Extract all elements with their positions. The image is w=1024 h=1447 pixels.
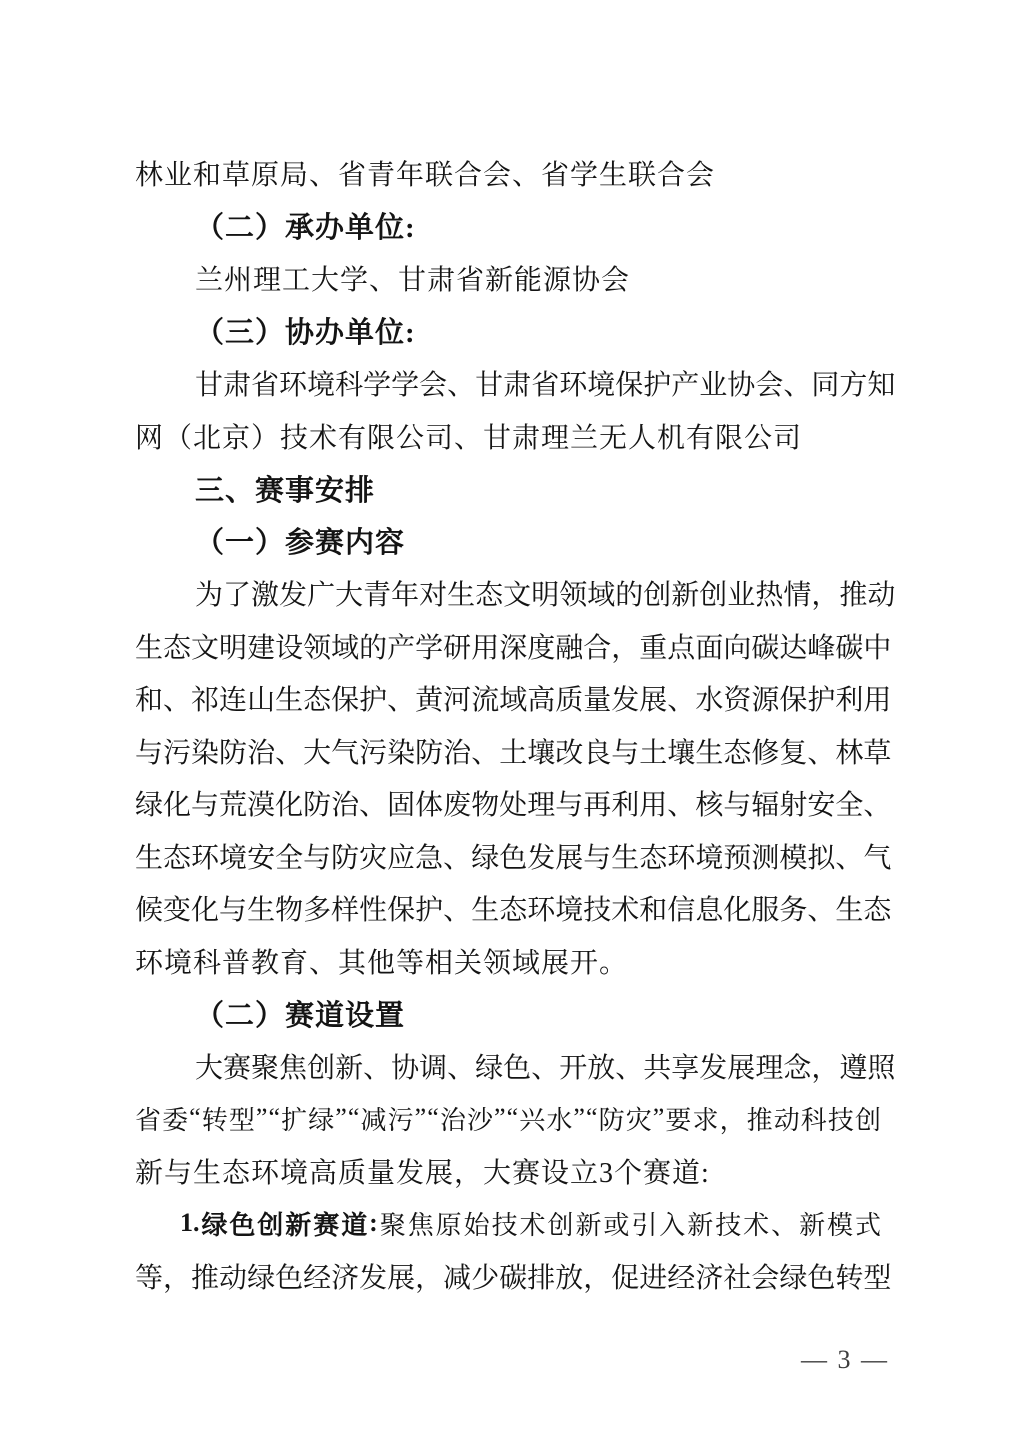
text-line: 新与生态环境高质量发展，大赛设立3个赛道:: [135, 1145, 881, 1198]
text-line: 省委“转型”“扩绿”“减污”“治沙”“兴水”“防灾”要求，推动科技创: [135, 1092, 881, 1145]
text-line: 生态文明建设领域的产学研用深度融合，重点面向碳达峰碳中: [135, 620, 881, 673]
text-line: 兰州理工大学、甘肃省新能源协会: [135, 252, 881, 305]
document-text: 林业和草原局、省青年联合会、省学生联合会（二）承办单位:兰州理工大学、甘肃省新能…: [135, 147, 881, 1302]
text-line: 为了激发广大青年对生态文明领域的创新创业热情，推动: [135, 567, 881, 620]
text-line: （二）承办单位:: [135, 200, 881, 253]
text-line: （二）赛道设置: [135, 987, 881, 1040]
text-line: 和、祁连山生态保护、黄河流域高质量发展、水资源保护利用: [135, 672, 881, 725]
text-line: （三）协办单位:: [135, 305, 881, 358]
text-line: 等，推动绿色经济发展，减少碳排放，促进经济社会绿色转型: [135, 1250, 881, 1303]
document-page: 林业和草原局、省青年联合会、省学生联合会（二）承办单位:兰州理工大学、甘肃省新能…: [0, 0, 1024, 1447]
text-line: 1.绿色创新赛道:聚焦原始技术创新或引入新技术、新模式: [135, 1197, 881, 1250]
text-line: 绿化与荒漠化防治、固体废物处理与再利用、核与辐射安全、: [135, 777, 881, 830]
text-line: 环境科普教育、其他等相关领域展开。: [135, 935, 881, 988]
text-line: 与污染防治、大气污染防治、土壤改良与土壤生态修复、林草: [135, 725, 881, 778]
text-line: 网（北京）技术有限公司、甘肃理兰无人机有限公司: [135, 410, 881, 463]
text-line: （一）参赛内容: [135, 515, 881, 568]
text-line: 大赛聚焦创新、协调、绿色、开放、共享发展理念，遵照: [135, 1040, 881, 1093]
text-line: 候变化与生物多样性保护、生态环境技术和信息化服务、生态: [135, 882, 881, 935]
text-line: 林业和草原局、省青年联合会、省学生联合会: [135, 147, 881, 200]
text-line: 甘肃省环境科学学会、甘肃省环境保护产业协会、同方知: [135, 357, 881, 410]
page-number: — 3 —: [780, 1340, 910, 1380]
text-line: 生态环境安全与防灾应急、绿色发展与生态环境预测模拟、气: [135, 830, 881, 883]
text-line: 三、赛事安排: [135, 462, 881, 515]
